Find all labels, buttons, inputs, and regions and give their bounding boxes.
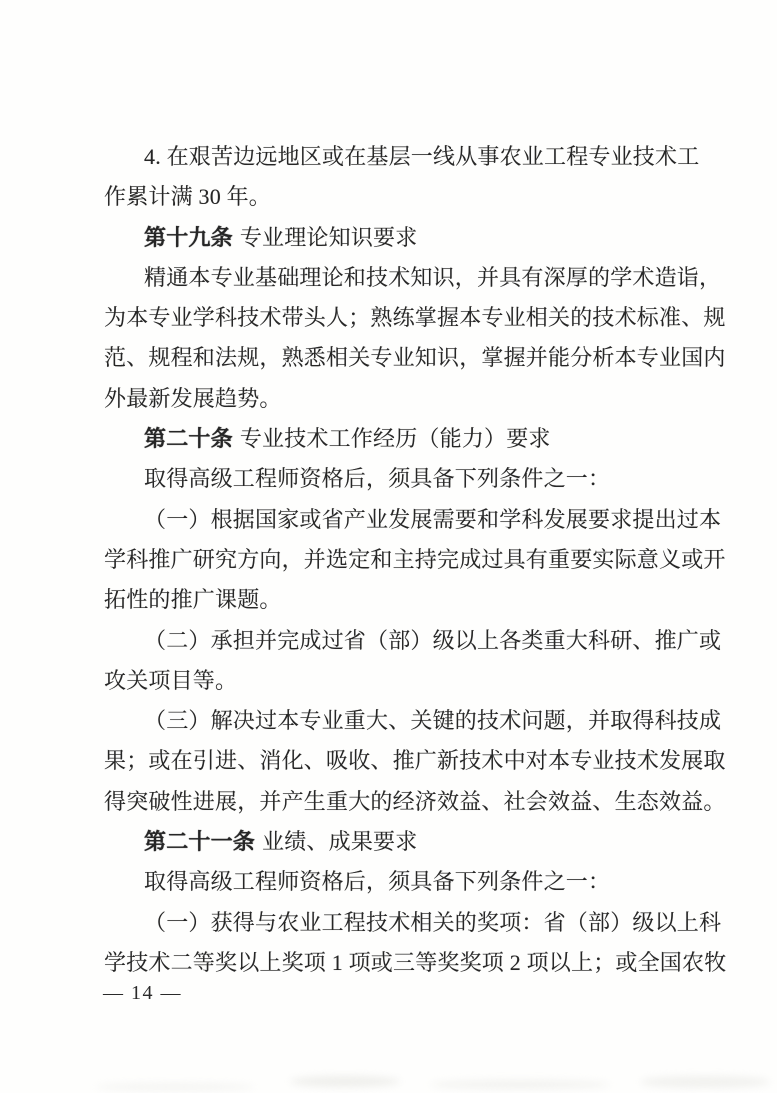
article-number: 第二十一条 (144, 829, 255, 854)
line-text: 得突破性进展，并产生重大的经济效益、社会效益、生态效益。 (104, 789, 726, 814)
line-text: 拓性的推广课题。 (104, 587, 282, 612)
line-text: 业绩、成果要求 (262, 829, 417, 854)
text-line: 攻关项目等。 (104, 661, 684, 701)
line-text: 取得高级工程师资格后，须具备下列条件之一： (144, 466, 610, 491)
line-text: 外最新发展趋势。 (104, 386, 282, 411)
line-text: 取得高级工程师资格后，须具备下列条件之一： (144, 869, 610, 894)
text-line: （三）解决过本专业重大、关键的技术问题，并取得科技成 (104, 701, 684, 741)
line-text: 学技术二等奖以上奖项 1 项或三等奖奖项 2 项以上；或全国农牧 (104, 950, 726, 975)
line-text: 作累计满 30 年。 (104, 184, 271, 209)
article-number: 第十九条 (144, 225, 233, 250)
scan-smudge (430, 1080, 610, 1089)
text-line: 果；或在引进、消化、吸收、推广新技术中对本专业技术发展取 (104, 741, 684, 781)
line-text: 攻关项目等。 (104, 668, 237, 693)
article-number: 第二十条 (144, 426, 233, 451)
line-text: （一）获得与农业工程技术相关的奖项：省（部）级以上科 (144, 910, 721, 935)
page-number: — 14 — (103, 982, 182, 1004)
article-heading-line: 第二十条专业技术工作经历（能力）要求 (104, 419, 684, 459)
document-page: 4. 在艰苦边远地区或在基层一线从事农业工程专业技术工作累计满 30 年。第十九… (0, 0, 777, 1093)
scan-smudge (95, 1083, 255, 1091)
article-heading-line: 第二十一条业绩、成果要求 (104, 822, 684, 862)
text-line: 取得高级工程师资格后，须具备下列条件之一： (104, 459, 684, 499)
text-line: 精通本专业基础理论和技术知识，并具有深厚的学术造诣， (104, 258, 684, 298)
line-text: （一）根据国家或省产业发展需要和学科发展要求提出过本 (144, 507, 721, 532)
line-text: 专业理论知识要求 (240, 225, 418, 250)
line-text: 专业技术工作经历（能力）要求 (240, 426, 551, 451)
text-line: 4. 在艰苦边远地区或在基层一线从事农业工程专业技术工 (104, 137, 684, 177)
text-line: 学科推广研究方向，并选定和主持完成过具有重要实际意义或开 (104, 540, 684, 580)
line-text: 学科推广研究方向，并选定和主持完成过具有重要实际意义或开 (104, 547, 726, 572)
text-line: 得突破性进展，并产生重大的经济效益、社会效益、生态效益。 (104, 782, 684, 822)
text-line: 拓性的推广课题。 (104, 580, 684, 620)
text-line: 学技术二等奖以上奖项 1 项或三等奖奖项 2 项以上；或全国农牧 (104, 943, 684, 983)
line-text: 4. 在艰苦边远地区或在基层一线从事农业工程专业技术工 (144, 144, 699, 169)
text-line: 外最新发展趋势。 (104, 379, 684, 419)
line-text: 范、规程和法规，熟悉相关专业知识，掌握并能分析本专业国内 (104, 345, 726, 370)
text-line: 取得高级工程师资格后，须具备下列条件之一： (104, 862, 684, 902)
text-line: 作累计满 30 年。 (104, 177, 684, 217)
line-text: （三）解决过本专业重大、关键的技术问题，并取得科技成 (144, 708, 721, 733)
line-text: 果；或在引进、消化、吸收、推广新技术中对本专业技术发展取 (104, 748, 726, 773)
text-line: （一）根据国家或省产业发展需要和学科发展要求提出过本 (104, 500, 684, 540)
line-text: 精通本专业基础理论和技术知识，并具有深厚的学术造诣， (144, 265, 721, 290)
article-heading-line: 第十九条专业理论知识要求 (104, 218, 684, 258)
scan-smudge (640, 1076, 770, 1088)
line-text: 为本专业学科技术带头人；熟练掌握本专业相关的技术标准、规 (104, 305, 726, 330)
line-text: （二）承担并完成过省（部）级以上各类重大科研、推广或 (144, 628, 721, 653)
scan-smudge (290, 1076, 400, 1087)
text-line: （二）承担并完成过省（部）级以上各类重大科研、推广或 (104, 621, 684, 661)
text-line: 范、规程和法规，熟悉相关专业知识，掌握并能分析本专业国内 (104, 338, 684, 378)
text-block: 4. 在艰苦边远地区或在基层一线从事农业工程专业技术工作累计满 30 年。第十九… (104, 137, 684, 983)
text-line: （一）获得与农业工程技术相关的奖项：省（部）级以上科 (104, 903, 684, 943)
text-line: 为本专业学科技术带头人；熟练掌握本专业相关的技术标准、规 (104, 298, 684, 338)
